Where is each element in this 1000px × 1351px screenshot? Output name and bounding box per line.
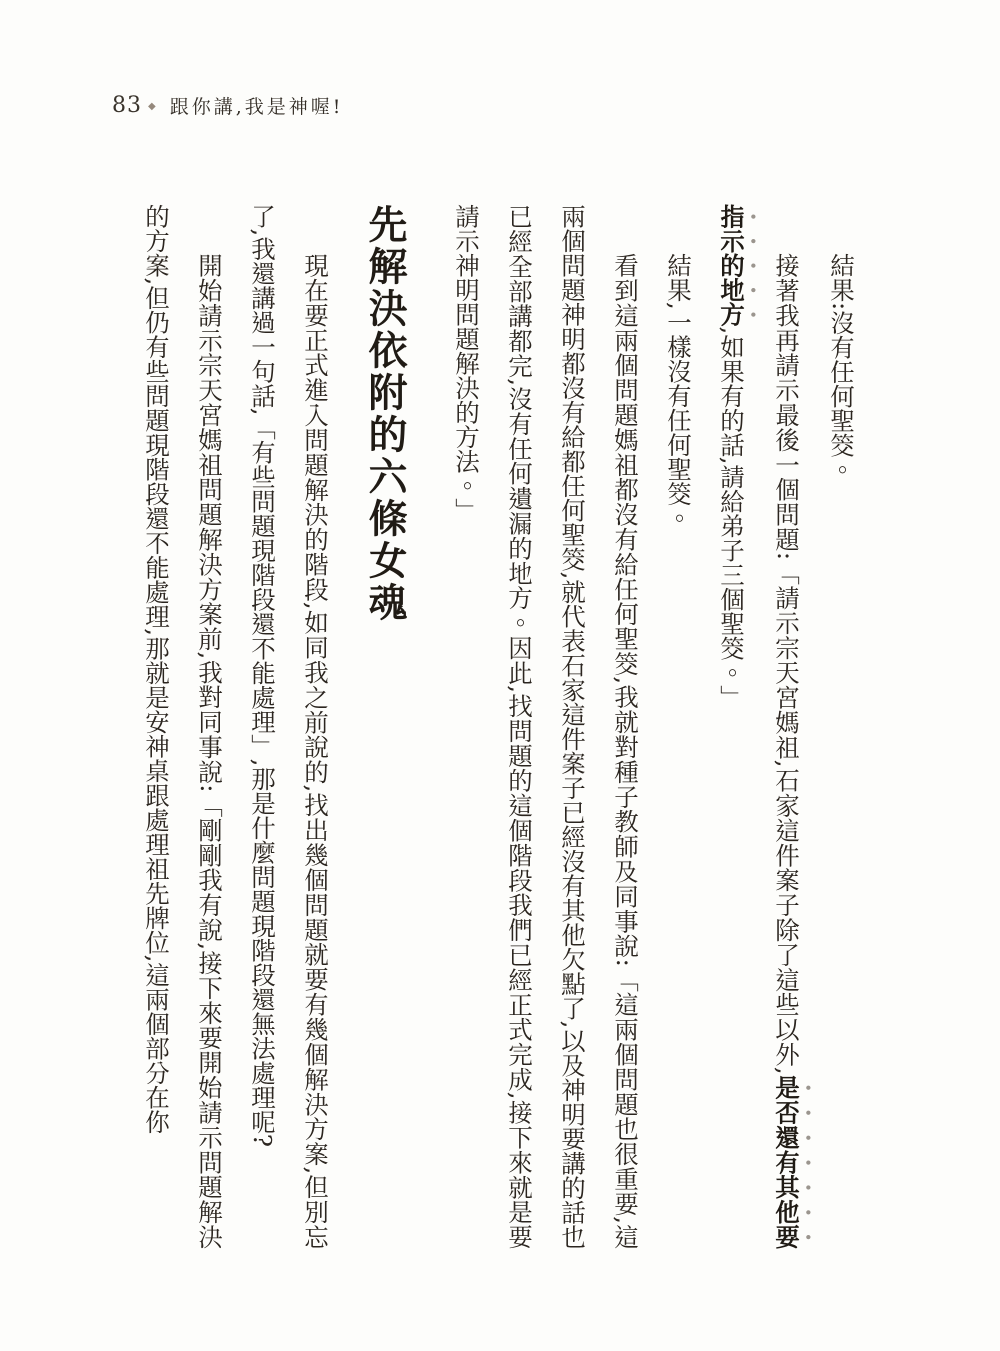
paragraph: 開始請示宗天宮媽祖問題解決方案前,我對同事說:「剛剛我有說,接下來要開始請示問題… <box>130 204 236 1249</box>
text-segment: 開始請示宗天宮媽祖問題解決方案前,我對同事說:「剛剛我有說,接下來要開始請示問題… <box>142 204 224 1249</box>
section-heading: 先解決依附的六條女魂 <box>356 204 414 1249</box>
paragraph: 看到這兩個問題媽祖都沒有給任何聖筊,我就對種子教師及同事說:「這兩個問題也很重要… <box>440 204 652 1249</box>
paragraph: 結果,一樣沒有任何聖筊。 <box>652 204 705 1249</box>
page-number: 83 <box>112 93 142 118</box>
paragraph: 結果:沒有任何聖筊。 <box>815 204 868 1249</box>
text-segment: 接著我再請示最後一個問題:「請示宗天宮媽祖,石家這件案子除了這些以外, <box>772 253 801 1075</box>
main-text: 結果:沒有任何聖筊。接著我再請示最後一個問題:「請示宗天宮媽祖,石家這件案子除了… <box>130 204 868 1249</box>
diamond-icon: ◆ <box>148 101 156 112</box>
paragraph: 現在要正式進入問題解決的階段,如同我之前說的,找出幾個問題就要有幾個解決方案,但… <box>236 204 342 1249</box>
text-segment: 結果,一樣沒有任何聖筊。 <box>664 253 693 530</box>
running-header: 83 ◆ 跟你講,我是神喔! <box>112 92 343 119</box>
text-segment: 現在要正式進入問題解決的階段,如同我之前說的,找出幾個問題就要有幾個解決方案,但… <box>248 204 330 1249</box>
text-segment: 看到這兩個問題媽祖都沒有給任何聖筊,我就對種子教師及同事說:「這兩個問題也很重要… <box>452 204 640 1249</box>
book-title: 跟你講,我是神喔! <box>170 92 344 119</box>
text-segment: ,如果有的話,請給弟子三個聖筊。」 <box>717 327 746 710</box>
text-segment: 結果:沒有任何聖筊。 <box>827 253 856 482</box>
paragraph: 接著我再請示最後一個問題:「請示宗天宮媽祖,石家這件案子除了這些以外,是否還有其… <box>705 204 815 1249</box>
